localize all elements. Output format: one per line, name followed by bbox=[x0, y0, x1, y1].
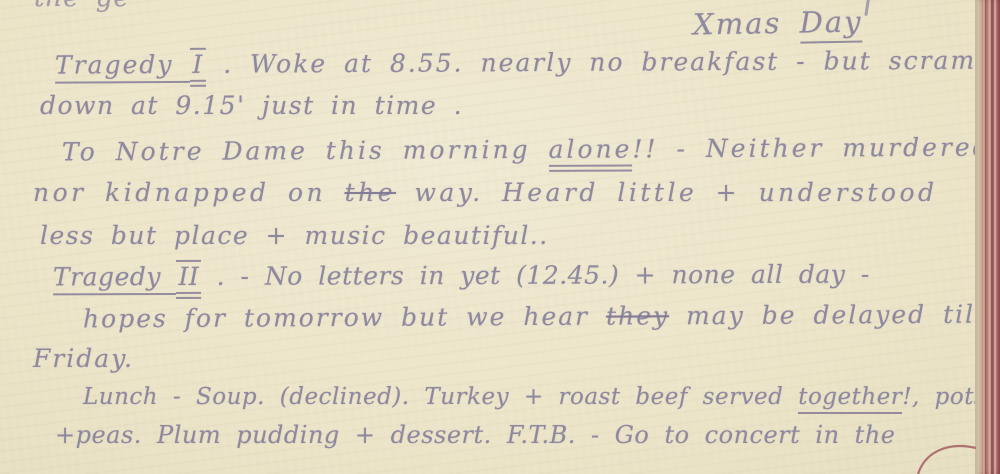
diary-line-1: Tragedy I . Woke at 8.55. nearly no brea… bbox=[55, 45, 1000, 79]
text-segment: !! - Neither murdered bbox=[632, 133, 991, 164]
book-page-edge bbox=[975, 0, 1000, 474]
struck-word: the bbox=[345, 178, 396, 207]
diary-line-9: Lunch - Soup. (declined). Turkey + roast… bbox=[83, 384, 986, 410]
underlined-word: Tragedy bbox=[53, 262, 177, 295]
text-segment: Xmas bbox=[693, 6, 782, 42]
page-edge-streak bbox=[983, 0, 985, 474]
underlined-word: together bbox=[798, 384, 902, 414]
text-segment: +peas. Plum pudding + dessert. F.T.B. - … bbox=[55, 421, 895, 449]
roman-numeral: I bbox=[190, 48, 206, 87]
text-segment: down at 9.15' just in time . bbox=[40, 91, 463, 120]
text-segment: less but place + music beautiful.. bbox=[40, 221, 549, 250]
text-segment: nor kidnapped on bbox=[33, 178, 345, 207]
diary-line-5: less but place + music beautiful.. bbox=[40, 221, 549, 250]
underlined-word: Day bbox=[799, 5, 863, 44]
text-segment: . Woke at 8.55. nearly no breakfast - bu… bbox=[206, 45, 1000, 78]
text-segment: . - No letters in yet (12.45.) + none al… bbox=[201, 260, 870, 291]
diary-line-7: hopes for tomorrow but we hear they may … bbox=[83, 300, 985, 334]
text-segment: Friday. bbox=[33, 344, 134, 373]
text-segment: way. Heard little + understood bbox=[396, 178, 938, 207]
diary-line-6: Tragedy II . - No letters in yet (12.45.… bbox=[53, 260, 870, 292]
text-segment: Lunch - Soup. (declined). Turkey + roast… bbox=[83, 384, 798, 410]
diary-page: the ge Xmas Day Tragedy I . Woke at 8.55… bbox=[0, 0, 1000, 474]
cutoff-text-fragment: the ge bbox=[34, 0, 130, 13]
page-corner-curl-line bbox=[916, 436, 978, 474]
diary-line-2: down at 9.15' just in time . bbox=[40, 91, 463, 120]
underlined-word: Tragedy bbox=[55, 50, 191, 84]
stray-pen-stroke bbox=[864, 0, 870, 16]
roman-numeral: II bbox=[176, 260, 201, 299]
text-segment: hopes for tomorrow but we hear bbox=[83, 302, 606, 334]
double-underlined-word: alone bbox=[549, 134, 633, 171]
diary-line-10: +peas. Plum pudding + dessert. F.T.B. - … bbox=[55, 421, 895, 449]
diary-line-3: To Notre Dame this morning alone!! - Nei… bbox=[62, 133, 992, 167]
diary-line-4: nor kidnapped on the way. Heard little +… bbox=[33, 178, 938, 207]
struck-word: they bbox=[606, 301, 669, 330]
text-segment: To Notre Dame this morning bbox=[62, 135, 549, 167]
page-edge-streak bbox=[989, 0, 991, 474]
text-segment: !, pots bbox=[902, 384, 986, 410]
text-segment: the ge bbox=[34, 0, 130, 13]
entry-date-heading: Xmas Day bbox=[693, 5, 863, 42]
page-edge-streak bbox=[994, 0, 996, 474]
diary-line-8: Friday. bbox=[33, 344, 134, 373]
text-segment: may be delayed till bbox=[669, 300, 985, 331]
